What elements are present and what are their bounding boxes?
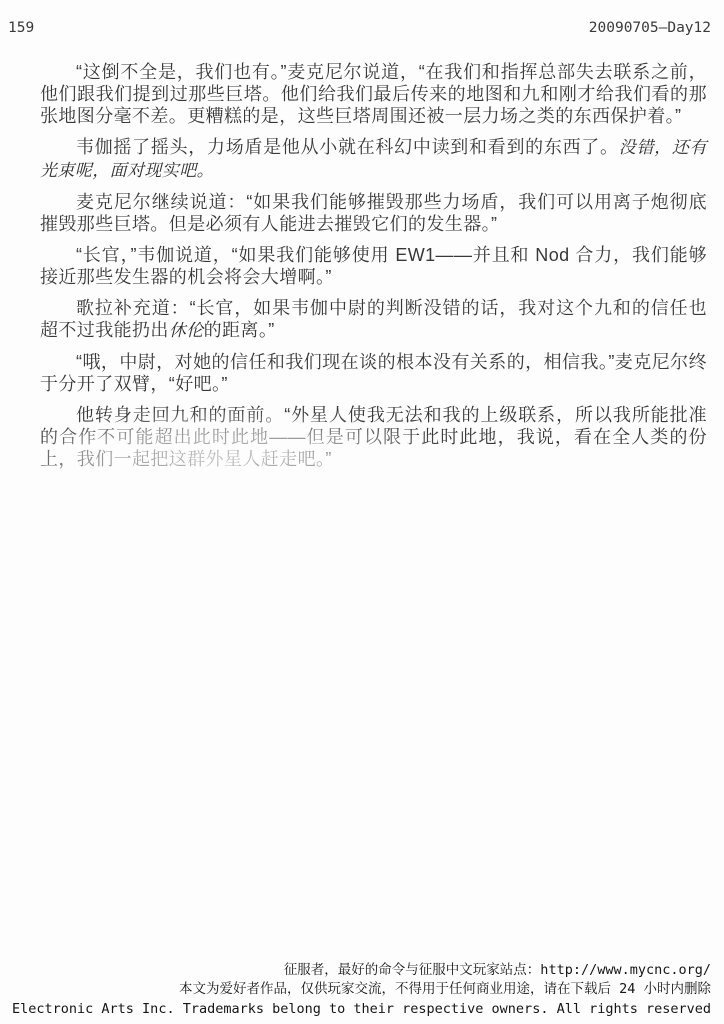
text-segment: 的距离。” — [204, 320, 275, 340]
footer-copyright-line: Electronic Arts Inc. Trademarks belong t… — [12, 1000, 711, 1020]
paragraph-2: 韦伽摇了摇头，力场盾是他从小就在科幻中读到和看到的东西了。没错，还有光束呢，面对… — [40, 136, 707, 182]
text-segment: 韦伽摇了摇头，力场盾是他从小就在科幻中读到和看到的东西了。 — [76, 137, 619, 157]
text-segment: 他转身走回九和的面前。“外星人使我无法和我的上级联系，所以我所能批准的合作不可能… — [40, 405, 707, 469]
document-page: 159 20090705—Day12 “这倒不全是，我们也有。”麦克尼尔说道，“… — [0, 0, 724, 1024]
text-segment: “长官，”韦伽说道，“如果我们能够使用 EW1——并且和 Nod 合力，我们能够… — [40, 245, 707, 287]
thought-text: 休伦 — [169, 321, 204, 341]
paragraph-7: 他转身走回九和的面前。“外星人使我无法和我的上级联系，所以我所能批准的合作不可能… — [40, 404, 707, 470]
page-content: “这倒不全是，我们也有。”麦克尼尔说道，“在我们和指挥总部失去联系之前，他们跟我… — [40, 61, 707, 479]
page-header: 159 20090705—Day12 — [8, 20, 711, 36]
text-segment: 麦克尼尔继续说道：“如果我们能够摧毁那些力场盾，我们可以用离子炮彻底摧毁那些巨塔… — [40, 192, 707, 234]
footer-site-line: 征服者，最好的命令与征服中文玩家站点：http://www.mycnc.org/ — [12, 961, 711, 981]
page-number: 159 — [8, 20, 34, 36]
text-segment: “这倒不全是，我们也有。”麦克尼尔说道，“在我们和指挥总部失去联系之前，他们跟我… — [40, 62, 707, 126]
paragraph-1: “这倒不全是，我们也有。”麦克尼尔说道，“在我们和指挥总部失去联系之前，他们跟我… — [40, 61, 707, 127]
text-segment: “哦，中尉，对她的信任和我们现在谈的根本没有关系的，相信我。”麦克尼尔终于分开了… — [40, 352, 707, 394]
page-footer: 征服者，最好的命令与征服中文玩家站点：http://www.mycnc.org/… — [12, 961, 711, 1020]
paragraph-3: 麦克尼尔继续说道：“如果我们能够摧毁那些力场盾，我们可以用离子炮彻底摧毁那些巨塔… — [40, 191, 707, 235]
footer-disclaimer-line: 本文为爱好者作品，仅供玩家交流，不得用于任何商业用途，请在下载后 24 小时内删… — [12, 980, 711, 1000]
text-segment: 歌拉补充道：“长官，如果韦伽中尉的判断没错的话，我对这个九和的信任也超不过我能扔… — [40, 298, 707, 340]
paragraph-4: “长官，”韦伽说道，“如果我们能够使用 EW1——并且和 Nod 合力，我们能够… — [40, 244, 707, 288]
paragraph-5: 歌拉补充道：“长官，如果韦伽中尉的判断没错的话，我对这个九和的信任也超不过我能扔… — [40, 297, 707, 342]
paragraph-6: “哦，中尉，对她的信任和我们现在谈的根本没有关系的，相信我。”麦克尼尔终于分开了… — [40, 351, 707, 395]
header-date-label: 20090705—Day12 — [589, 20, 711, 36]
